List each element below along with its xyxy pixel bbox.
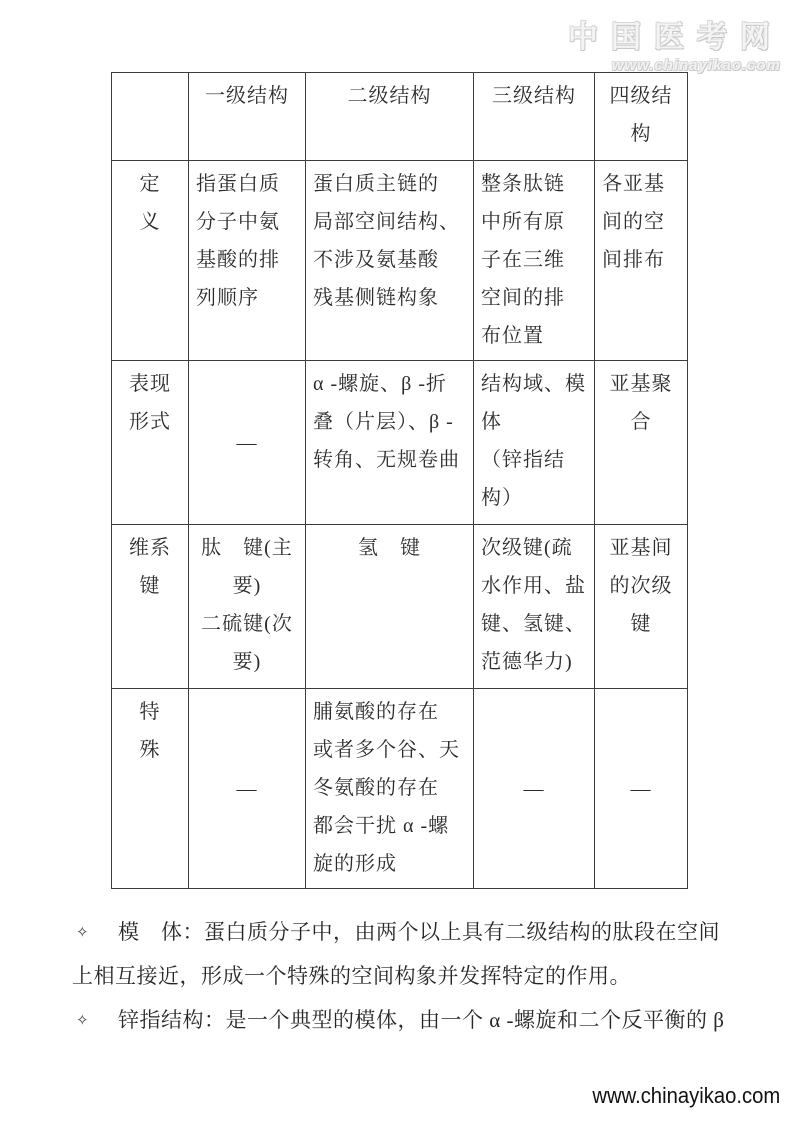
note-motif-text: 模 体：蛋白质分子中，由两个以上具有二级结构的肽段在空间 上相互接近，形成一个特…	[72, 920, 720, 988]
table-row-expression-form: 表现 形式 — α -螺旋、β -折 叠（片层）、β - 转角、无规卷曲 结构域…	[112, 361, 688, 525]
cell-bonds-secondary: 氢 键	[306, 525, 474, 689]
table-row-maintaining-bonds: 维系 键 肽 键(主 要) 二硫键(次 要) 氢 键 次级键(疏 水作用、盐 键…	[112, 525, 688, 689]
note-zinc-finger-definition: ✧锌指结构：是一个典型的模体，由一个 α -螺旋和二个反平衡的 β	[72, 998, 736, 1042]
document-page: 中国医考网 www.chinayikao.com 一级结构 二级结构 三级结构 …	[0, 0, 793, 1122]
header-cell-empty	[112, 73, 189, 161]
row-label-special: 特 殊	[112, 689, 189, 889]
cell-bonds-tertiary: 次级键(疏 水作用、盐 键、氢键、 范德华力)	[474, 525, 595, 689]
cell-expression-quaternary: 亚基聚 合	[595, 361, 688, 525]
table-row-special: 特 殊 — 脯氨酸的存在 或者多个谷、天 冬氨酸的存在 都会干扰 α -螺 旋的…	[112, 689, 688, 889]
header-cell-quaternary-structure: 四级结 构	[595, 73, 688, 161]
cell-definition-quaternary: 各亚基 间的空 间排布	[595, 161, 688, 361]
watermark-site-name: 中国医考网	[568, 12, 783, 56]
note-motif-definition: ✧模 体：蛋白质分子中，由两个以上具有二级结构的肽段在空间 上相互接近，形成一个…	[72, 910, 736, 998]
header-cell-secondary-structure: 二级结构	[306, 73, 474, 161]
cell-bonds-primary: 肽 键(主 要) 二硫键(次 要)	[189, 525, 306, 689]
note-zinc-finger-text: 锌指结构：是一个典型的模体，由一个 α -螺旋和二个反平衡的 β	[118, 1008, 724, 1032]
table-header-row: 一级结构 二级结构 三级结构 四级结 构	[112, 73, 688, 161]
cell-special-quaternary: —	[595, 689, 688, 889]
cell-expression-tertiary: 结构域、模 体 （锌指结 构）	[474, 361, 595, 525]
protein-structure-table: 一级结构 二级结构 三级结构 四级结 构 定 义 指蛋白质 分子中氨 基酸的排 …	[111, 72, 688, 889]
cell-special-secondary: 脯氨酸的存在 或者多个谷、天 冬氨酸的存在 都会干扰 α -螺 旋的形成	[306, 689, 474, 889]
header-cell-tertiary-structure: 三级结构	[474, 73, 595, 161]
header-cell-primary-structure: 一级结构	[189, 73, 306, 161]
footer-site-url: www.chinayikao.com	[592, 1083, 780, 1109]
row-label-maintaining-bonds: 维系 键	[112, 525, 189, 689]
cell-special-tertiary: —	[474, 689, 595, 889]
cell-expression-secondary: α -螺旋、β -折 叠（片层）、β - 转角、无规卷曲	[306, 361, 474, 525]
cell-definition-tertiary: 整条肽链 中所有原 子在三维 空间的排 布位置	[474, 161, 595, 361]
diamond-bullet-icon: ✧	[76, 911, 89, 955]
notes-section: ✧模 体：蛋白质分子中，由两个以上具有二级结构的肽段在空间 上相互接近，形成一个…	[72, 910, 736, 1042]
watermark: 中国医考网 www.chinayikao.com	[568, 12, 783, 74]
cell-special-primary: —	[189, 689, 306, 889]
cell-bonds-quaternary: 亚基间 的次级 键	[595, 525, 688, 689]
diamond-bullet-icon: ✧	[76, 999, 89, 1043]
table-row-definition: 定 义 指蛋白质 分子中氨 基酸的排 列顺序 蛋白质主链的 局部空间结构、 不涉…	[112, 161, 688, 361]
row-label-definition: 定 义	[112, 161, 189, 361]
row-label-expression-form: 表现 形式	[112, 361, 189, 525]
cell-expression-primary: —	[189, 361, 306, 525]
cell-definition-primary: 指蛋白质 分子中氨 基酸的排 列顺序	[189, 161, 306, 361]
cell-definition-secondary: 蛋白质主链的 局部空间结构、 不涉及氨基酸 残基侧链构象	[306, 161, 474, 361]
